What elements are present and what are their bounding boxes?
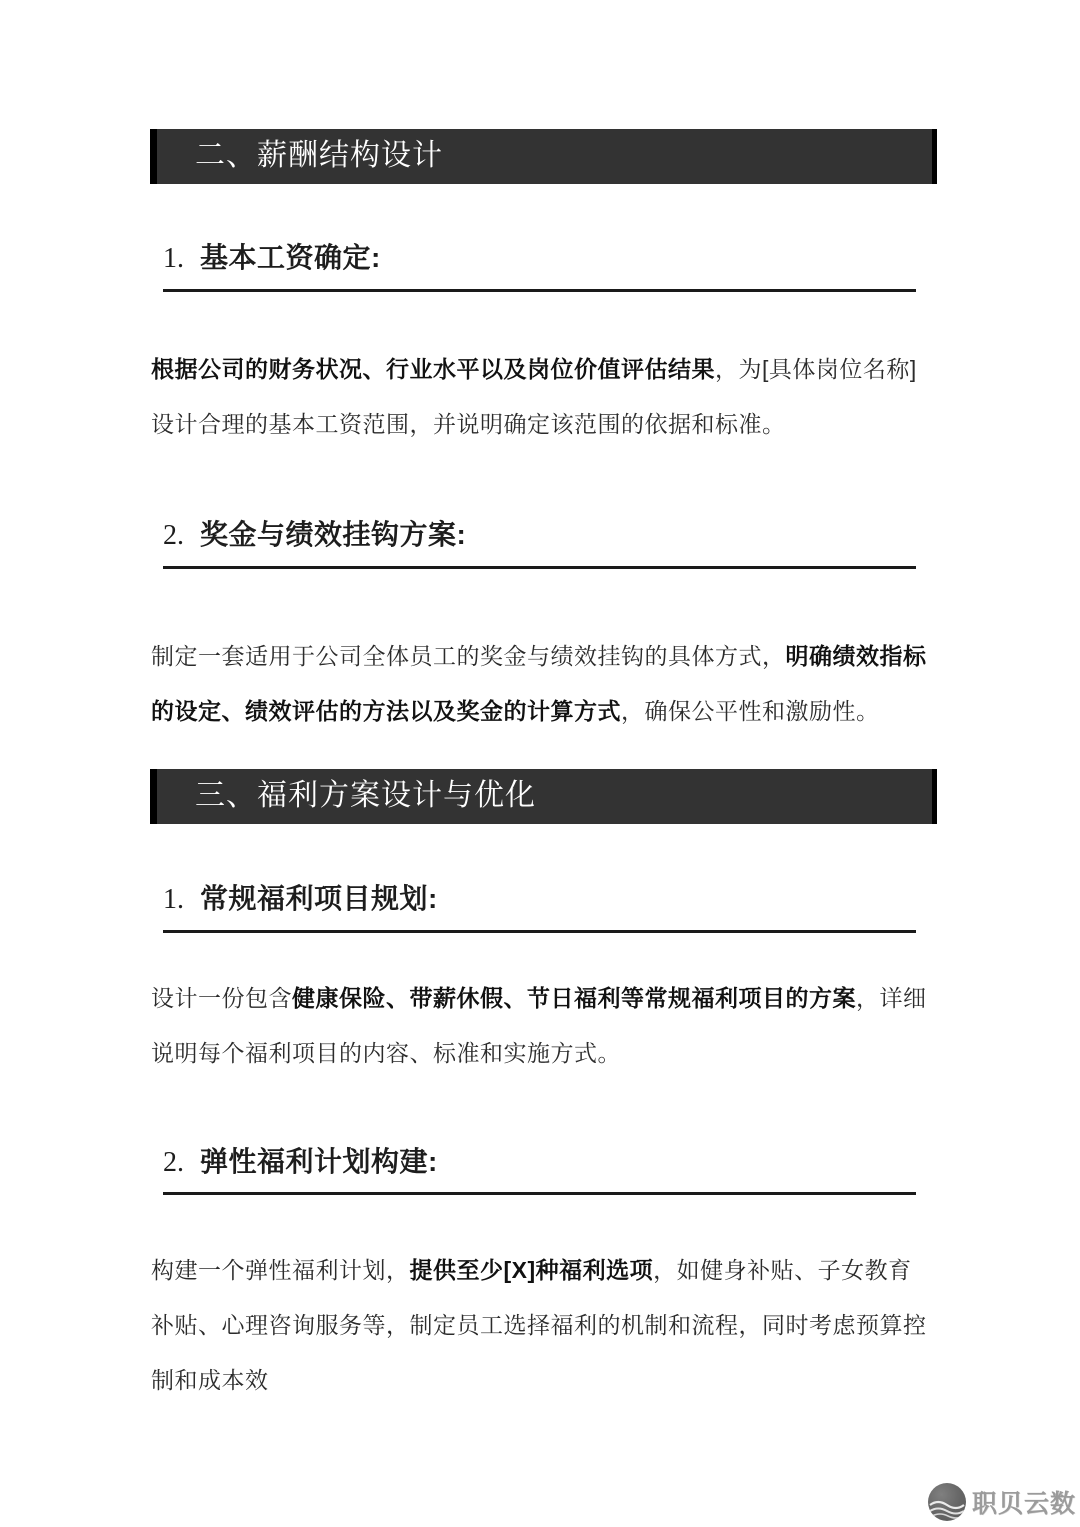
paragraph-regular-benefits: 设计一份包含健康保险、带薪休假、节日福利等常规福利项目的方案，详细说明每个福利项… — [151, 971, 935, 1081]
subsection-title: 基本工资确定: — [200, 242, 381, 273]
document-page: 二、薪酬结构设计 1.基本工资确定: 根据公司的财务状况、行业水平以及岗位价值评… — [0, 0, 1080, 1527]
paragraph-run: 构建一个弹性福利计划， — [151, 1257, 410, 1283]
subsection-heading-regular-benefits: 1.常规福利项目规划: — [163, 877, 438, 917]
watermark-logo: 职贝云数 — [928, 1483, 1076, 1521]
subsection-heading-base-salary: 1.基本工资确定: — [163, 236, 381, 276]
subsection-number: 1. — [163, 243, 184, 274]
paragraph-run: 提供至少[X]种福利选项 — [410, 1257, 654, 1283]
watermark-text: 职贝云数 — [972, 1484, 1076, 1520]
subsection-heading-flexible-benefits: 2.弹性福利计划构建: — [163, 1140, 438, 1180]
subsection-title: 弹性福利计划构建: — [200, 1146, 438, 1177]
paragraph-base-salary: 根据公司的财务状况、行业水平以及岗位价值评估结果，为[具体岗位名称]设计合理的基… — [151, 342, 935, 452]
paragraph-run: 健康保险、带薪休假、节日福利等常规福利项目的方案 — [292, 985, 856, 1011]
subsection-number: 2. — [163, 1147, 184, 1178]
subsection-title: 常规福利项目规划: — [200, 883, 438, 914]
subsection-title: 奖金与绩效挂钩方案: — [200, 519, 466, 550]
section-header-title: 二、薪酬结构设计 — [195, 139, 443, 172]
heading-underline — [163, 930, 916, 933]
subsection-number: 2. — [163, 520, 184, 551]
heading-underline — [163, 289, 916, 292]
paragraph-flexible-benefits: 构建一个弹性福利计划，提供至少[X]种福利选项，如健身补贴、子女教育补贴、心理咨… — [151, 1243, 935, 1408]
paragraph-run: ，确保公平性和激励性。 — [621, 698, 880, 724]
section-header-title: 三、福利方案设计与优化 — [195, 779, 536, 812]
subsection-heading-bonus-performance: 2.奖金与绩效挂钩方案: — [163, 513, 466, 553]
paragraph-run: 制定一套适用于公司全体员工的奖金与绩效挂钩的具体方式， — [151, 643, 786, 669]
section-header-salary-structure: 二、薪酬结构设计 — [150, 129, 937, 184]
wave-globe-icon — [928, 1483, 966, 1521]
heading-underline — [163, 1192, 916, 1195]
heading-underline — [163, 566, 916, 569]
subsection-number: 1. — [163, 884, 184, 915]
paragraph-bonus-performance: 制定一套适用于公司全体员工的奖金与绩效挂钩的具体方式，明确绩效指标的设定、绩效评… — [151, 629, 935, 739]
section-header-benefits-design: 三、福利方案设计与优化 — [150, 769, 937, 824]
paragraph-run: 根据公司的财务状况、行业水平以及岗位价值评估结果 — [151, 356, 715, 382]
paragraph-run: 设计一份包含 — [151, 985, 292, 1011]
